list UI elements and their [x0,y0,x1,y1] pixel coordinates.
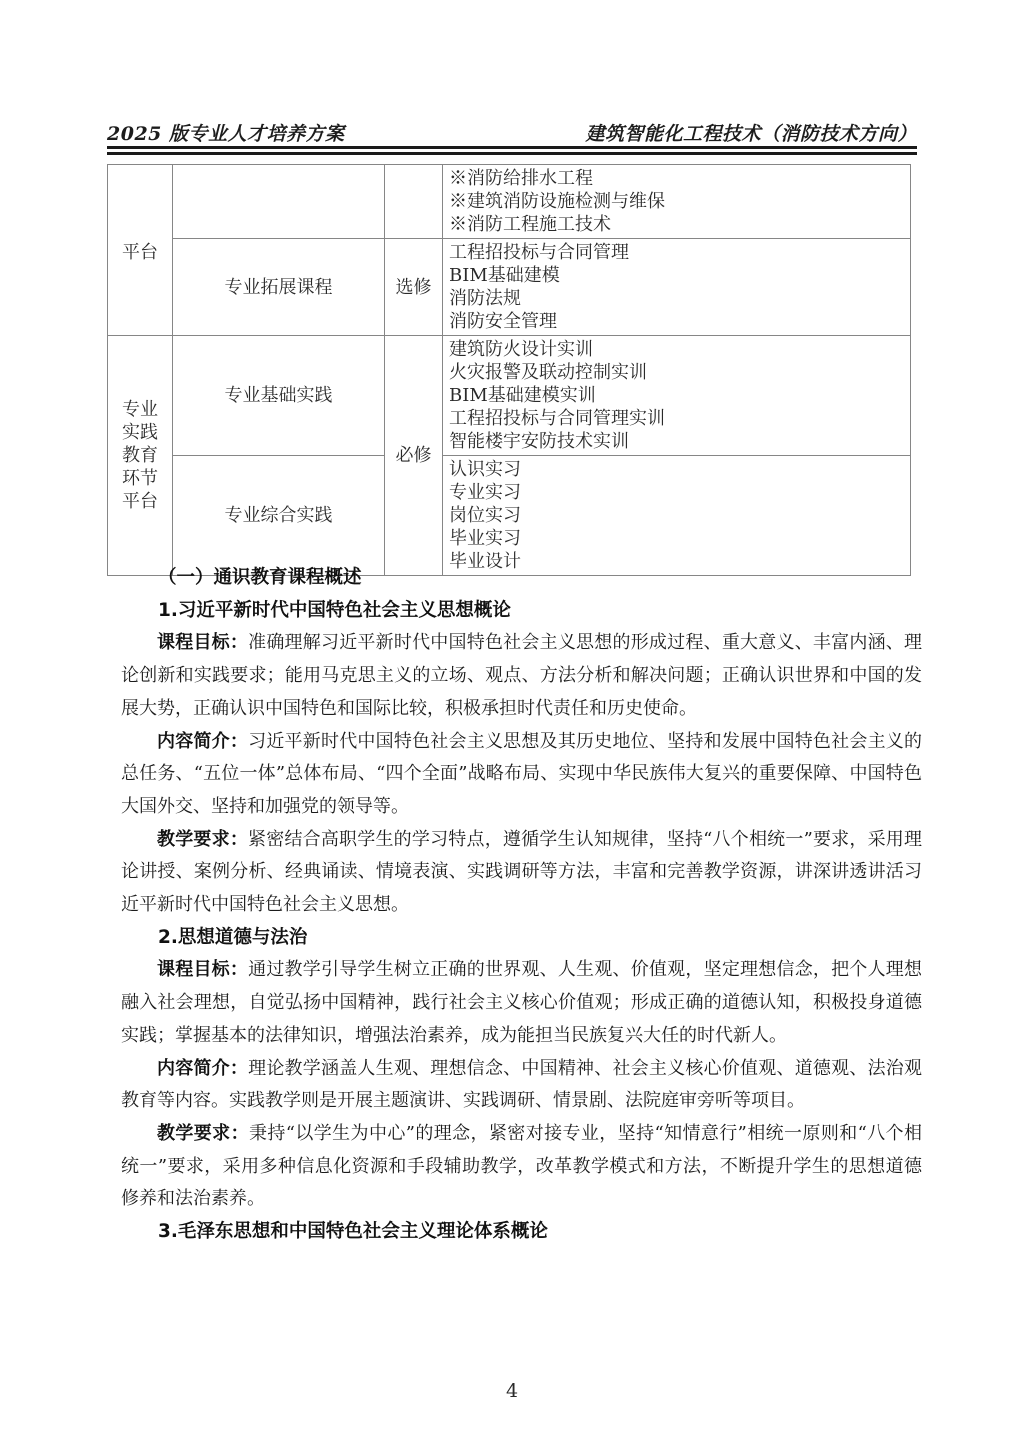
cell-courses-row1: ※消防给排水工程 ※建筑消防设施检测与维保 ※消防工程施工技术 [443,165,911,239]
page-header: 2025 版专业人才培养方案 建筑智能化工程技术（消防技术方向） [107,119,917,146]
cell-category-row3: 专业基础实践 [173,336,385,456]
page-number: 4 [0,1380,1024,1402]
course1-goal-paragraph: 课程目标：准确理解习近平新时代中国特色社会主义思想的形成过程、重大意义、丰富内涵… [121,627,922,725]
course1-title: 1.习近平新时代中国特色社会主义思想概论 [121,595,922,628]
header-double-rule [107,146,917,155]
cell-platform-top: 平台 [108,165,173,336]
curriculum-table: 平台 ※消防给排水工程 ※建筑消防设施检测与维保 ※消防工程施工技术 专业拓展课… [107,164,911,576]
cell-courses-row4: 认识实习 专业实习 岗位实习 毕业实习 毕业设计 [443,456,911,576]
header-right-title: 建筑智能化工程技术（消防技术方向） [585,119,917,146]
intro-label: 内容简介： [157,1058,248,1079]
course2-goal-paragraph: 课程目标：通过教学引导学生树立正确的世界观、人生观、价值观，坚定理想信念，把个人… [121,954,922,1052]
cell-empty-category [173,165,385,239]
req-label: 教学要求： [157,1123,249,1144]
course1-req-paragraph: 教学要求：紧密结合高职学生的学习特点，遵循学生认知规律，坚持“八个相统一”要求，… [121,824,922,922]
course2-title: 2.思想道德与法治 [121,922,922,955]
cell-platform-bottom: 专业 实践 教育 环节 平台 [108,336,173,576]
cell-category-row4: 专业综合实践 [173,456,385,576]
document-page: 2025 版专业人才培养方案 建筑智能化工程技术（消防技术方向） 平台 ※消防给… [0,0,1024,1448]
goal-label: 课程目标： [157,632,248,653]
intro-label: 内容简介： [157,731,248,752]
cell-mode-row34: 必修 [385,336,443,576]
table-row: 专业拓展课程 选修 工程招投标与合同管理 BIM基础建模 消防法规 消防安全管理 [108,239,911,336]
cell-courses-row2: 工程招投标与合同管理 BIM基础建模 消防法规 消防安全管理 [443,239,911,336]
req-label: 教学要求： [157,829,248,850]
header-left-title: 2025 版专业人才培养方案 [107,119,345,146]
course-list: ※消防给排水工程 ※建筑消防设施检测与维保 ※消防工程施工技术 [449,167,906,236]
section-heading: （一）通识教育课程概述 [121,562,922,595]
table-row: 专业综合实践 认识实习 专业实习 岗位实习 毕业实习 毕业设计 [108,456,911,576]
course-list: 工程招投标与合同管理 BIM基础建模 消防法规 消防安全管理 [449,241,906,333]
cell-mode-row2: 选修 [385,239,443,336]
course3-title: 3.毛泽东思想和中国特色社会主义理论体系概论 [121,1216,922,1249]
goal-label: 课程目标： [157,959,248,980]
table-row: 平台 ※消防给排水工程 ※建筑消防设施检测与维保 ※消防工程施工技术 [108,165,911,239]
cell-courses-row3: 建筑防火设计实训 火灾报警及联动控制实训 BIM基础建模实训 工程招投标与合同管… [443,336,911,456]
cell-category-row2: 专业拓展课程 [173,239,385,336]
course1-intro-paragraph: 内容简介：习近平新时代中国特色社会主义思想及其历史地位、坚持和发展中国特色社会主… [121,726,922,824]
platform-vertical-label: 专业 实践 教育 环节 平台 [108,398,172,513]
table-row: 专业 实践 教育 环节 平台 专业基础实践 必修 建筑防火设计实训 火灾报警及联… [108,336,911,456]
body-text: （一）通识教育课程概述 1.习近平新时代中国特色社会主义思想概论 课程目标：准确… [121,562,922,1249]
cell-empty-mode [385,165,443,239]
course-list: 认识实习 专业实习 岗位实习 毕业实习 毕业设计 [449,458,906,573]
course-list: 建筑防火设计实训 火灾报警及联动控制实训 BIM基础建模实训 工程招投标与合同管… [449,338,906,453]
course2-req-paragraph: 教学要求：秉持“以学生为中心”的理念，紧密对接专业，坚持“知情意行”相统一原则和… [121,1118,922,1216]
course2-intro-paragraph: 内容简介：理论教学涵盖人生观、理想信念、中国精神、社会主义核心价值观、道德观、法… [121,1053,922,1118]
